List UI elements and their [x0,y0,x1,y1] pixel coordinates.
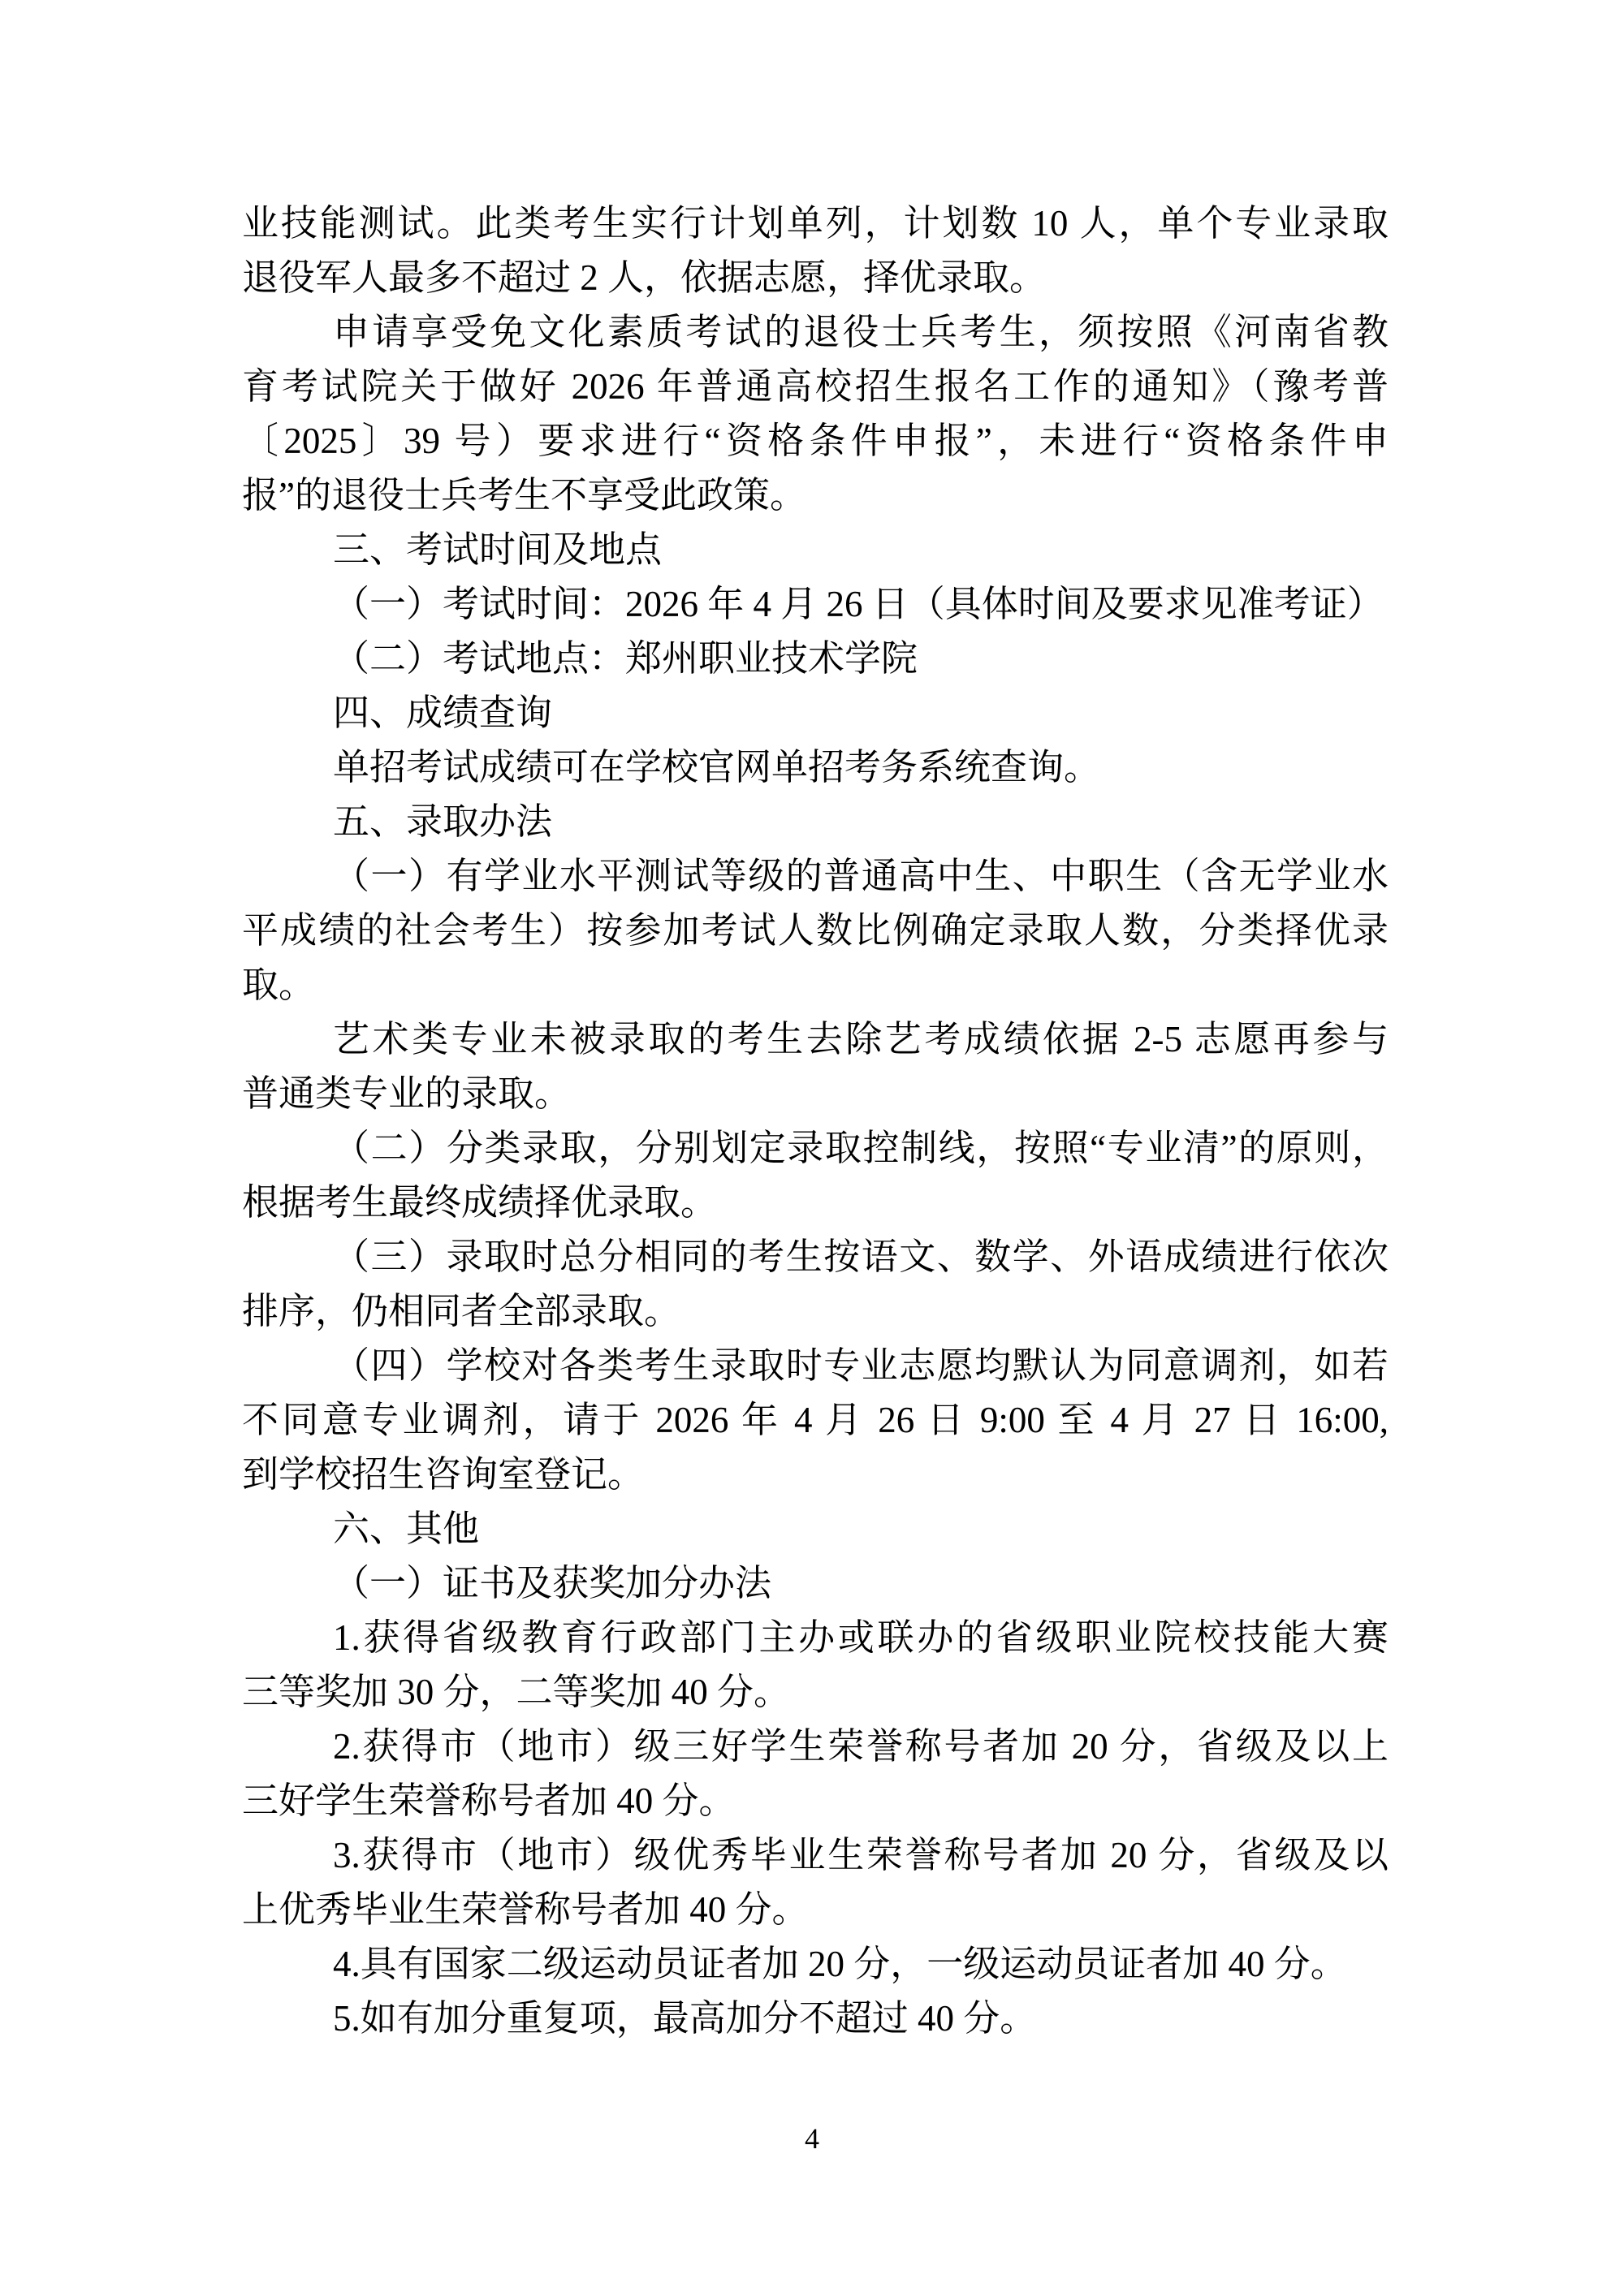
paragraph: 三、考试时间及地点 [242,523,1389,577]
document-page: 业技能测试。此类考生实行计划单列，计划数 10 人，单个专业录取退役军人最多不超… [0,0,1624,2296]
text-line: 五、录取办法 [242,795,1389,849]
text-line: 上优秀毕业生荣誉称号者加 40 分。 [242,1883,1389,1937]
text-line: 不同意专业调剂，请于 2026 年 4 月 26 日 9:00 至 4 月 27… [242,1393,1389,1448]
paragraph: 1.获得省级教育行政部门主办或联办的省级职业院校技能大赛三等奖加 30 分，二等… [242,1611,1389,1720]
text-line: 排序，仍相同者全部录取。 [242,1284,1389,1339]
text-line: 5.如有加分重复项，最高加分不超过 40 分。 [242,1992,1389,2046]
text-line: 〔2025〕39 号）要求进行“资格条件申报”，未进行“资格条件申 [242,414,1389,468]
document-body: 业技能测试。此类考生实行计划单列，计划数 10 人，单个专业录取退役军人最多不超… [242,196,1389,2046]
paragraph: 艺术类专业未被录取的考生去除艺考成绩依据 2-5 志愿再参与普通类专业的录取。 [242,1012,1389,1121]
paragraph: 2.获得市（地市）级三好学生荣誉称号者加 20 分，省级及以上三好学生荣誉称号者… [242,1720,1389,1828]
text-line: 根据考生最终成绩择优录取。 [242,1176,1389,1230]
text-line: （二）考试地点：郑州职业技术学院 [242,632,1389,686]
text-line: 三好学生荣誉称号者加 40 分。 [242,1774,1389,1828]
paragraph: （二）分类录取，分别划定录取控制线，按照“专业清”的原则，根据考生最终成绩择优录… [242,1121,1389,1230]
paragraph: 业技能测试。此类考生实行计划单列，计划数 10 人，单个专业录取退役军人最多不超… [242,196,1389,305]
paragraph: （一）有学业水平测试等级的普通高中生、中职生（含无学业水平成绩的社会考生）按参加… [242,849,1389,1012]
text-line: （一）有学业水平测试等级的普通高中生、中职生（含无学业水 [242,849,1389,904]
page-footer: 4 [0,2121,1624,2156]
text-line: 三、考试时间及地点 [242,523,1389,577]
text-line: 普通类专业的录取。 [242,1067,1389,1121]
text-line: 业技能测试。此类考生实行计划单列，计划数 10 人，单个专业录取 [242,196,1389,251]
paragraph: 3.获得市（地市）级优秀毕业生荣誉称号者加 20 分，省级及以上优秀毕业生荣誉称… [242,1828,1389,1937]
text-line: 2.获得市（地市）级三好学生荣誉称号者加 20 分，省级及以上 [242,1720,1389,1774]
paragraph: 申请享受免文化素质考试的退役士兵考生，须按照《河南省教育考试院关于做好 2026… [242,305,1389,523]
text-line: 育考试院关于做好 2026 年普通高校招生报名工作的通知》（豫考普 [242,360,1389,414]
text-line: 六、其他 [242,1502,1389,1556]
text-line: 到学校招生咨询室登记。 [242,1448,1389,1502]
paragraph: （四）学校对各类考生录取时专业志愿均默认为同意调剂，如若不同意专业调剂，请于 2… [242,1339,1389,1502]
text-line: 四、成绩查询 [242,686,1389,740]
text-line: （二）分类录取，分别划定录取控制线，按照“专业清”的原则， [242,1121,1389,1176]
text-line: 三等奖加 30 分，二等奖加 40 分。 [242,1665,1389,1720]
text-line: 艺术类专业未被录取的考生去除艺考成绩依据 2-5 志愿再参与 [242,1012,1389,1067]
text-line: 1.获得省级教育行政部门主办或联办的省级职业院校技能大赛 [242,1611,1389,1665]
text-line: （四）学校对各类考生录取时专业志愿均默认为同意调剂，如若 [242,1339,1389,1393]
text-line: 报”的退役士兵考生不享受此政策。 [242,468,1389,523]
text-line: （一）证书及获奖加分办法 [242,1556,1389,1611]
text-line: 单招考试成绩可在学校官网单招考务系统查询。 [242,740,1389,795]
text-line: 退役军人最多不超过 2 人，依据志愿，择优录取。 [242,251,1389,305]
paragraph: 六、其他 [242,1502,1389,1556]
text-line: （一）考试时间：2026 年 4 月 26 日（具体时间及要求见准考证） [242,577,1389,632]
text-line: 平成绩的社会考生）按参加考试人数比例确定录取人数，分类择优录 [242,904,1389,958]
paragraph: 4.具有国家二级运动员证者加 20 分，一级运动员证者加 40 分。 [242,1937,1389,1992]
paragraph: 5.如有加分重复项，最高加分不超过 40 分。 [242,1992,1389,2046]
paragraph: （一）考试时间：2026 年 4 月 26 日（具体时间及要求见准考证） [242,577,1389,632]
text-line: （三）录取时总分相同的考生按语文、数学、外语成绩进行依次 [242,1230,1389,1284]
page-number: 4 [805,2122,819,2155]
paragraph: 单招考试成绩可在学校官网单招考务系统查询。 [242,740,1389,795]
paragraph: （一）证书及获奖加分办法 [242,1556,1389,1611]
paragraph: 四、成绩查询 [242,686,1389,740]
text-line: 取。 [242,958,1389,1012]
text-line: 3.获得市（地市）级优秀毕业生荣誉称号者加 20 分，省级及以 [242,1828,1389,1883]
text-line: 申请享受免文化素质考试的退役士兵考生，须按照《河南省教 [242,305,1389,360]
paragraph: （三）录取时总分相同的考生按语文、数学、外语成绩进行依次排序，仍相同者全部录取。 [242,1230,1389,1339]
paragraph: （二）考试地点：郑州职业技术学院 [242,632,1389,686]
paragraph: 五、录取办法 [242,795,1389,849]
text-line: 4.具有国家二级运动员证者加 20 分，一级运动员证者加 40 分。 [242,1937,1389,1992]
